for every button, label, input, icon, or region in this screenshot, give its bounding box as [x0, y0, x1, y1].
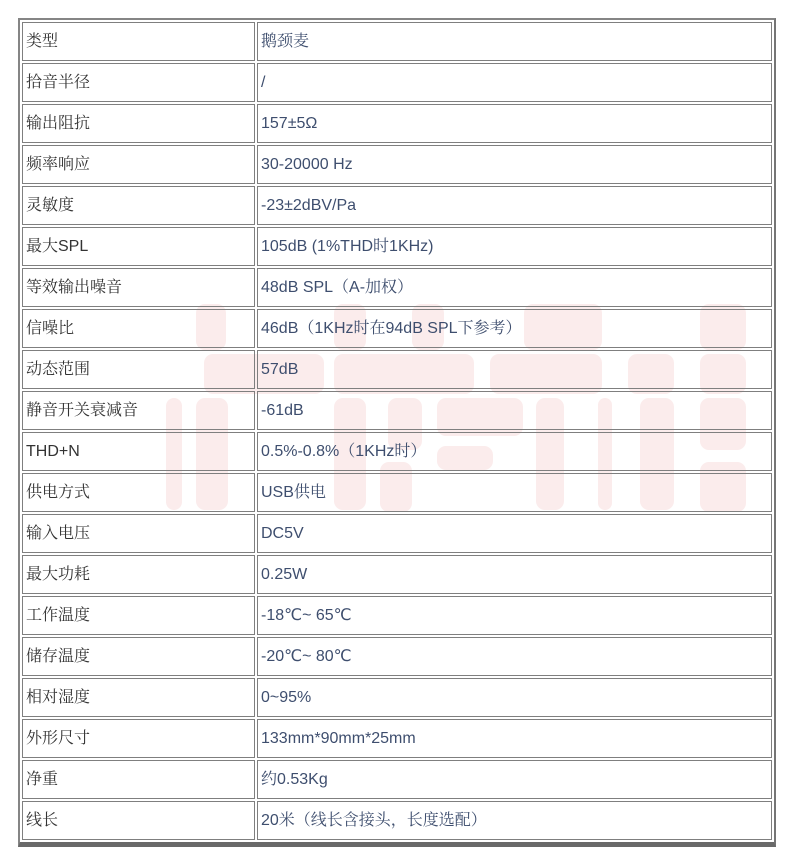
table-row: 最大SPL105dB (1%THD时1KHz)	[22, 227, 772, 266]
spec-value-cell: -23±2dBV/Pa	[257, 186, 772, 225]
spec-label-cell: 最大功耗	[22, 555, 255, 594]
table-row: 线长20米（线长含接头，长度选配）	[22, 801, 772, 840]
table-row: 灵敏度-23±2dBV/Pa	[22, 186, 772, 225]
spec-label-cell: 动态范围	[22, 350, 255, 389]
spec-label-cell: 外形尺寸	[22, 719, 255, 758]
table-row: 输出阻抗157±5Ω	[22, 104, 772, 143]
spec-value-cell: 0.5%-0.8%（1KHz时）	[257, 432, 772, 471]
table-row: THD+N0.5%-0.8%（1KHz时）	[22, 432, 772, 471]
spec-label-cell: 拾音半径	[22, 63, 255, 102]
spec-value-cell: 133mm*90mm*25mm	[257, 719, 772, 758]
table-row: 静音开关衰减音-61dB	[22, 391, 772, 430]
table-row: 外形尺寸133mm*90mm*25mm	[22, 719, 772, 758]
spec-label-cell: 频率响应	[22, 145, 255, 184]
spec-value-cell: 0.25W	[257, 555, 772, 594]
spec-table-body: 类型鹅颈麦拾音半径/输出阻抗157±5Ω频率响应30-20000 Hz灵敏度-2…	[22, 22, 772, 840]
spec-label-cell: 供电方式	[22, 473, 255, 512]
table-row: 拾音半径/	[22, 63, 772, 102]
spec-value-cell: 0~95%	[257, 678, 772, 717]
table-row: 动态范围57dB	[22, 350, 772, 389]
spec-label-cell: 类型	[22, 22, 255, 61]
table-row: 类型鹅颈麦	[22, 22, 772, 61]
table-row: 信噪比46dB（1KHz时在94dB SPL下参考）	[22, 309, 772, 348]
table-row: 等效输出噪音48dB SPL（A-加权）	[22, 268, 772, 307]
spec-value-cell: 鹅颈麦	[257, 22, 772, 61]
spec-value-cell: /	[257, 63, 772, 102]
spec-label-cell: 灵敏度	[22, 186, 255, 225]
table-row: 工作温度 -18℃~ 65℃	[22, 596, 772, 635]
spec-value-cell: 约0.53Kg	[257, 760, 772, 799]
spec-value-cell: 30-20000 Hz	[257, 145, 772, 184]
spec-value-cell: DC5V	[257, 514, 772, 553]
spec-label-cell: 最大SPL	[22, 227, 255, 266]
spec-value-cell: -20℃~ 80℃	[257, 637, 772, 676]
spec-label-cell: 工作温度	[22, 596, 255, 635]
spec-label-cell: THD+N	[22, 432, 255, 471]
spec-value-cell: 48dB SPL（A-加权）	[257, 268, 772, 307]
spec-label-cell: 储存温度	[22, 637, 255, 676]
table-row: 频率响应30-20000 Hz	[22, 145, 772, 184]
spec-label-cell: 等效输出噪音	[22, 268, 255, 307]
spec-sheet: 类型鹅颈麦拾音半径/输出阻抗157±5Ω频率响应30-20000 Hz灵敏度-2…	[0, 0, 800, 851]
spec-label-cell: 静音开关衰减音	[22, 391, 255, 430]
spec-value-cell: 105dB (1%THD时1KHz)	[257, 227, 772, 266]
spec-value-cell: 57dB	[257, 350, 772, 389]
spec-value-cell: USB供电	[257, 473, 772, 512]
spec-value-cell: -61dB	[257, 391, 772, 430]
spec-label-cell: 输入电压	[22, 514, 255, 553]
spec-value-cell: 157±5Ω	[257, 104, 772, 143]
spec-label-cell: 输出阻抗	[22, 104, 255, 143]
spec-label-cell: 线长	[22, 801, 255, 840]
spec-value-cell: 46dB（1KHz时在94dB SPL下参考）	[257, 309, 772, 348]
spec-label-cell: 信噪比	[22, 309, 255, 348]
table-row: 相对湿度0~95%	[22, 678, 772, 717]
spec-value-cell: 20米（线长含接头，长度选配）	[257, 801, 772, 840]
spec-label-cell: 相对湿度	[22, 678, 255, 717]
table-row: 储存温度-20℃~ 80℃	[22, 637, 772, 676]
table-row: 输入电压DC5V	[22, 514, 772, 553]
spec-table: 类型鹅颈麦拾音半径/输出阻抗157±5Ω频率响应30-20000 Hz灵敏度-2…	[18, 18, 776, 847]
table-row: 供电方式USB供电	[22, 473, 772, 512]
spec-value-cell: -18℃~ 65℃	[257, 596, 772, 635]
table-row: 最大功耗0.25W	[22, 555, 772, 594]
spec-label-cell: 净重	[22, 760, 255, 799]
table-row: 净重约0.53Kg	[22, 760, 772, 799]
